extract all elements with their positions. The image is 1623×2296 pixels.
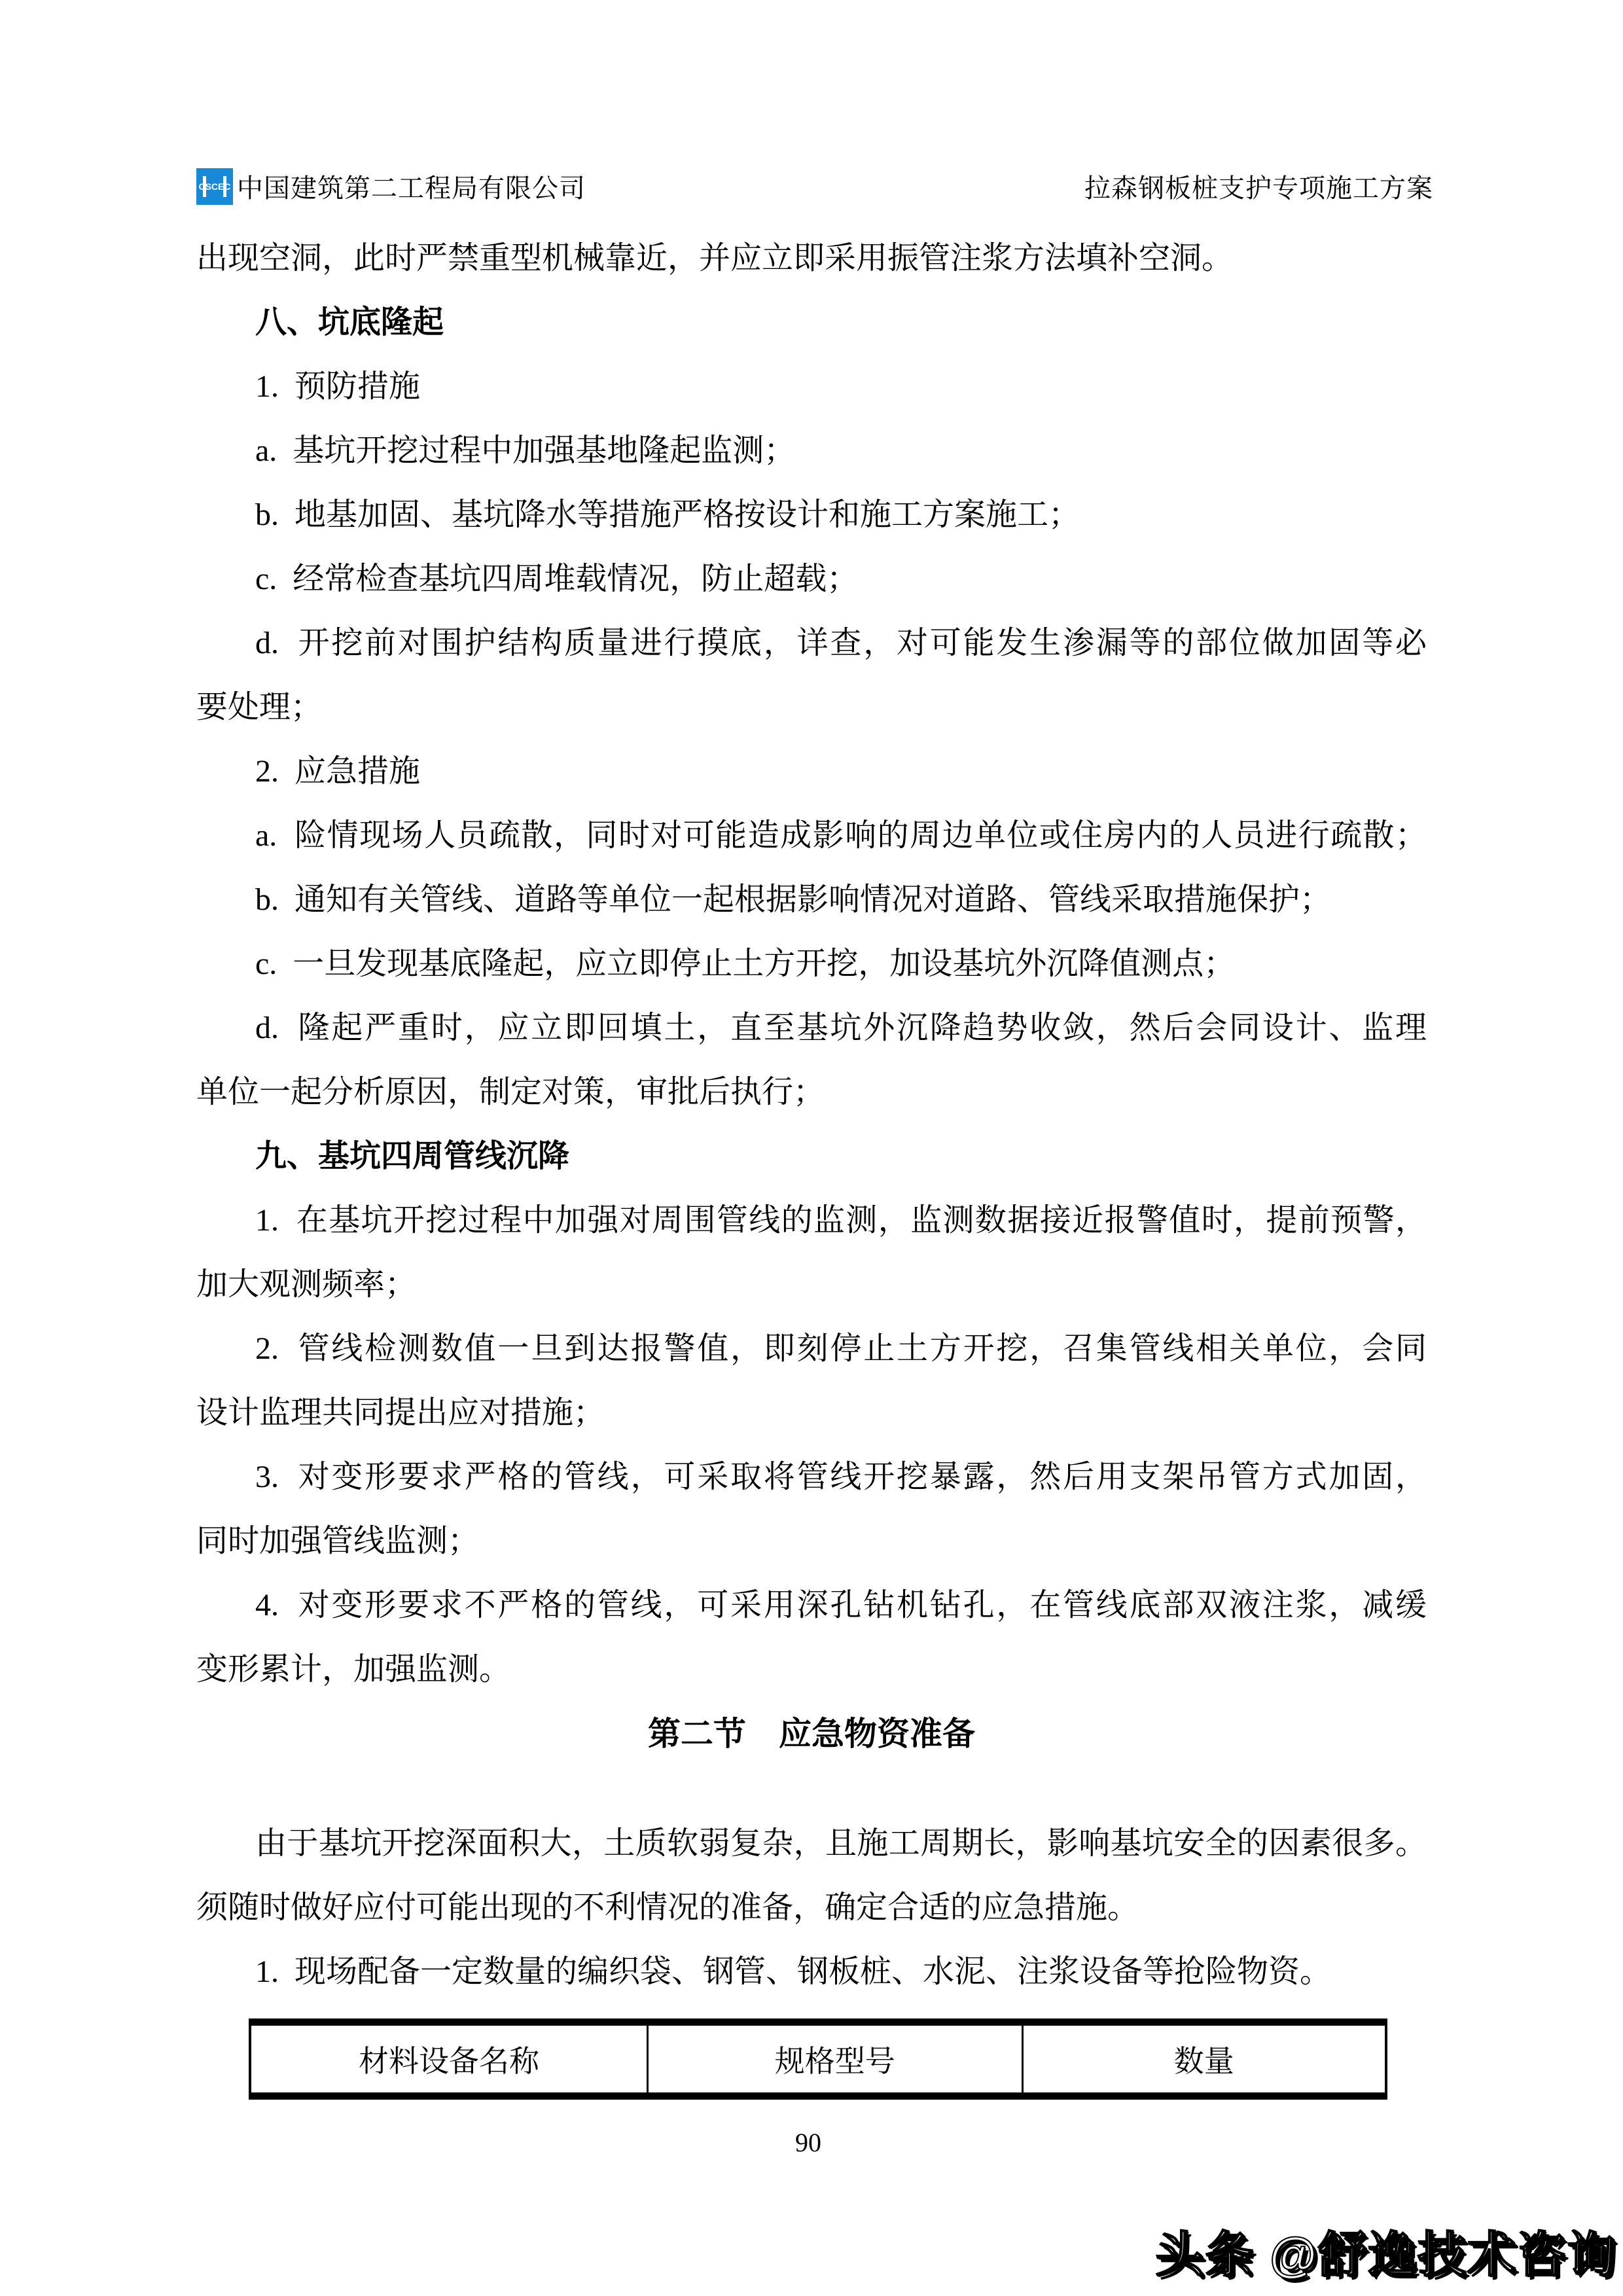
table-header-quantity: 数量 <box>1022 2022 1386 2096</box>
body-line: 须随时做好应付可能出现的不利情况的准备，确定合适的应急措施。 <box>196 1876 1427 1940</box>
body-line: c. 一旦发现基底隆起，应立即停止土方开挖，加设基坑外沉降值测点； <box>196 932 1427 996</box>
header-left: CSCEC 中国建筑第二工程局有限公司 <box>196 168 586 205</box>
watermark: 头条 @舒逸技术咨询 <box>1155 2216 1616 2286</box>
body-line: 1. 预防措施 <box>196 355 1427 419</box>
body-line: d. 隆起严重时，应立即回填土，直至基坑外沉降趋势收敛，然后会同设计、监理 <box>196 996 1427 1060</box>
body-line: 设计监理共同提出应对措施； <box>196 1381 1427 1445</box>
document-body: 出现空洞，此时严禁重型机械靠近，并应立即采用振管注浆方法填补空洞。 八、坑底隆起… <box>196 226 1427 2158</box>
table-header-spec-model: 规格型号 <box>648 2022 1023 2096</box>
body-line: 3. 对变形要求严格的管线，可采取将管线开挖暴露，然后用支架吊管方式加固， <box>196 1445 1427 1509</box>
body-line: a. 险情现场人员疏散，同时对可能造成影响的周边单位或住房内的人员进行疏散； <box>196 804 1427 868</box>
body-line: b. 通知有关管线、道路等单位一起根据影响情况对道路、管线采取措施保护； <box>196 868 1427 932</box>
body-line: c. 经常检查基坑四周堆载情况，防止超载； <box>196 547 1427 611</box>
body-line: 要处理； <box>196 675 1427 740</box>
body-line: 单位一起分析原因，制定对策，审批后执行； <box>196 1060 1427 1124</box>
body-line: 出现空洞，此时严禁重型机械靠近，并应立即采用振管注浆方法填补空洞。 <box>196 226 1427 291</box>
body-line: 加大观测频率； <box>196 1253 1427 1317</box>
page-number: 90 <box>190 2127 1427 2158</box>
logo-text: CSCEC <box>198 181 230 192</box>
body-line: a. 基坑开挖过程中加强基地隆起监测； <box>196 419 1427 483</box>
heading-8: 八、坑底隆起 <box>196 291 1427 355</box>
document-title: 拉森钢板桩支护专项施工方案 <box>1084 168 1433 205</box>
body-line: b. 地基加固、基坑降水等措施严格按设计和施工方案施工； <box>196 483 1427 547</box>
body-line: 2. 应急措施 <box>196 740 1427 804</box>
body-line: 同时加强管线监测； <box>196 1509 1427 1573</box>
heading-9: 九、基坑四周管线沉降 <box>196 1124 1427 1189</box>
section-title: 第二节 应急物资准备 <box>196 1702 1427 1766</box>
body-line: d. 开挖前对围护结构质量进行摸底，详查，对可能发生渗漏等的部位做加固等必 <box>196 611 1427 675</box>
table-header-material-name: 材料设备名称 <box>250 2022 648 2096</box>
company-name: 中国建筑第二工程局有限公司 <box>237 168 586 205</box>
body-line: 1. 现场配备一定数量的编织袋、钢管、钢板桩、水泥、注浆设备等抢险物资。 <box>196 1940 1427 2004</box>
body-line: 变形累计，加强监测。 <box>196 1638 1427 1702</box>
table-header-row: 材料设备名称 规格型号 数量 <box>250 2022 1386 2096</box>
document-page: CSCEC 中国建筑第二工程局有限公司 拉森钢板桩支护专项施工方案 出现空洞，此… <box>0 0 1623 2296</box>
body-line: 1. 在基坑开挖过程中加强对周围管线的监测，监测数据接近报警值时，提前预警， <box>196 1189 1427 1253</box>
body-line: 4. 对变形要求不严格的管线，可采用深孔钻机钻孔，在管线底部双液注浆，减缓 <box>196 1573 1427 1638</box>
body-line: 由于基坑开挖深面积大，土质软弱复杂，且施工周期长，影响基坑安全的因素很多。 <box>196 1812 1427 1876</box>
body-line: 2. 管线检测数值一旦到达报警值，即刻停止土方开挖，召集管线相关单位，会同 <box>196 1317 1427 1381</box>
cscec-logo-icon: CSCEC <box>196 168 233 205</box>
materials-table: 材料设备名称 规格型号 数量 <box>249 2018 1387 2100</box>
page-header: CSCEC 中国建筑第二工程局有限公司 拉森钢板桩支护专项施工方案 <box>196 168 1433 205</box>
